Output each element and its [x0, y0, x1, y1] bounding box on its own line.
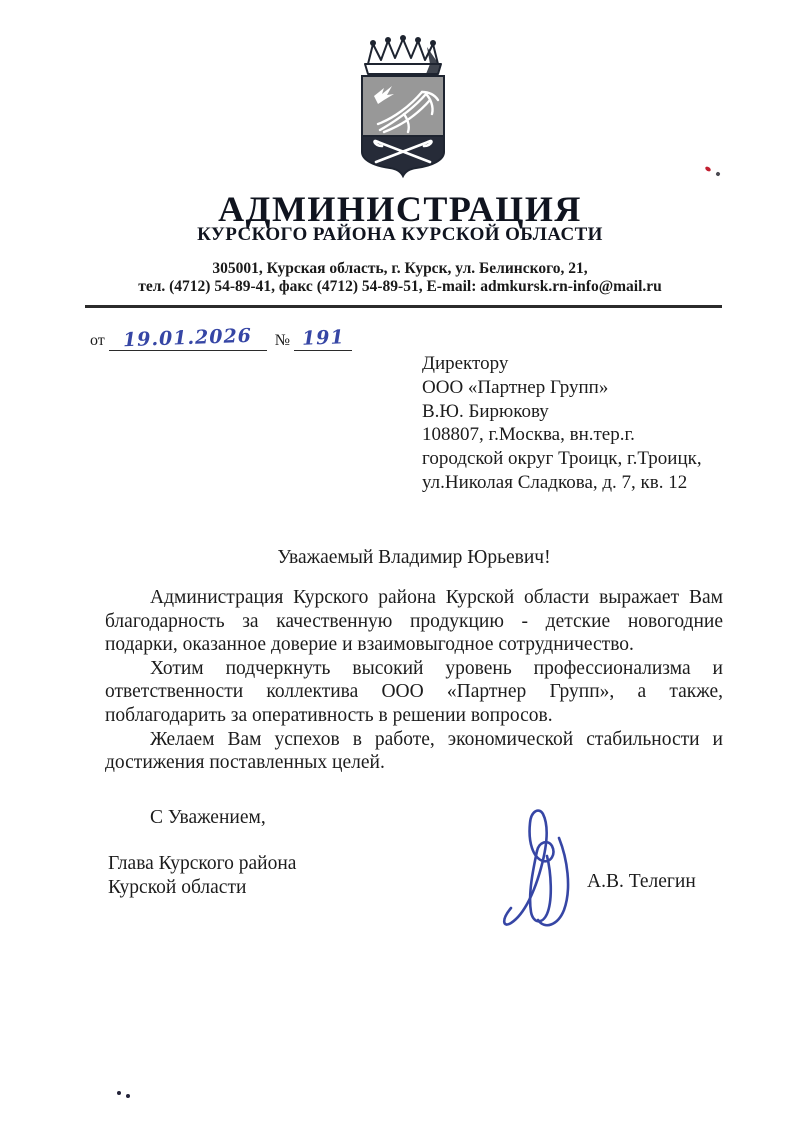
org-contacts: тел. (4712) 54-89-41, факс (4712) 54-89-… [0, 278, 800, 296]
scan-speck [715, 171, 721, 177]
paragraph: Администрация Курского района Курской об… [105, 586, 723, 657]
org-subtitle: КУРСКОГО РАЙОНА КУРСКОЙ ОБЛАСТИ [0, 224, 800, 246]
kursk-district-coat-of-arms-icon [354, 34, 452, 180]
letter-body: Администрация Курского района Курской об… [105, 586, 723, 775]
reference-line: от 19.01.2026 № 191 [90, 328, 410, 351]
paragraph: Желаем Вам успехов в работе, экономическ… [105, 728, 723, 775]
scan-speck [126, 1094, 130, 1098]
number-field: 191 [294, 328, 352, 351]
handwritten-date: 19.01.2026 [123, 325, 253, 351]
paragraph: Хотим подчеркнуть высокий уровень профес… [105, 657, 723, 728]
salutation: Уважаемый Владимир Юрьевич! [105, 547, 723, 569]
date-field: 19.01.2026 [109, 328, 267, 351]
number-label: № [275, 332, 290, 351]
recipient-line: ул.Николая Сладкова, д. 7, кв. 12 [422, 471, 732, 495]
handwritten-signature-icon [497, 804, 593, 936]
handwritten-number: 191 [301, 326, 344, 349]
signer-name: А.В. Телегин [587, 871, 696, 893]
recipient-line: В.Ю. Бирюкову [422, 400, 732, 424]
signer-title: Глава Курского района Курской области [108, 852, 296, 900]
recipient-block: Директору ООО «Партнер Групп» В.Ю. Бирюк… [422, 352, 732, 495]
recipient-line: Директору [422, 352, 732, 376]
org-address: 305001, Курская область, г. Курск, ул. Б… [0, 260, 800, 278]
date-label: от [90, 332, 105, 351]
signer-title-line: Курской области [108, 876, 296, 900]
recipient-line: 108807, г.Москва, вн.тер.г. [422, 423, 732, 447]
scan-speck [704, 166, 711, 173]
signer-title-line: Глава Курского района [108, 852, 296, 876]
header-divider [85, 305, 722, 308]
closing-regards: С Уважением, [150, 807, 266, 829]
letter-page: АДМИНИСТРАЦИЯ КУРСКОГО РАЙОНА КУРСКОЙ ОБ… [0, 0, 800, 1131]
scan-speck [117, 1091, 121, 1095]
recipient-line: ООО «Партнер Групп» [422, 376, 732, 400]
recipient-line: городской округ Троицк, г.Троицк, [422, 447, 732, 471]
